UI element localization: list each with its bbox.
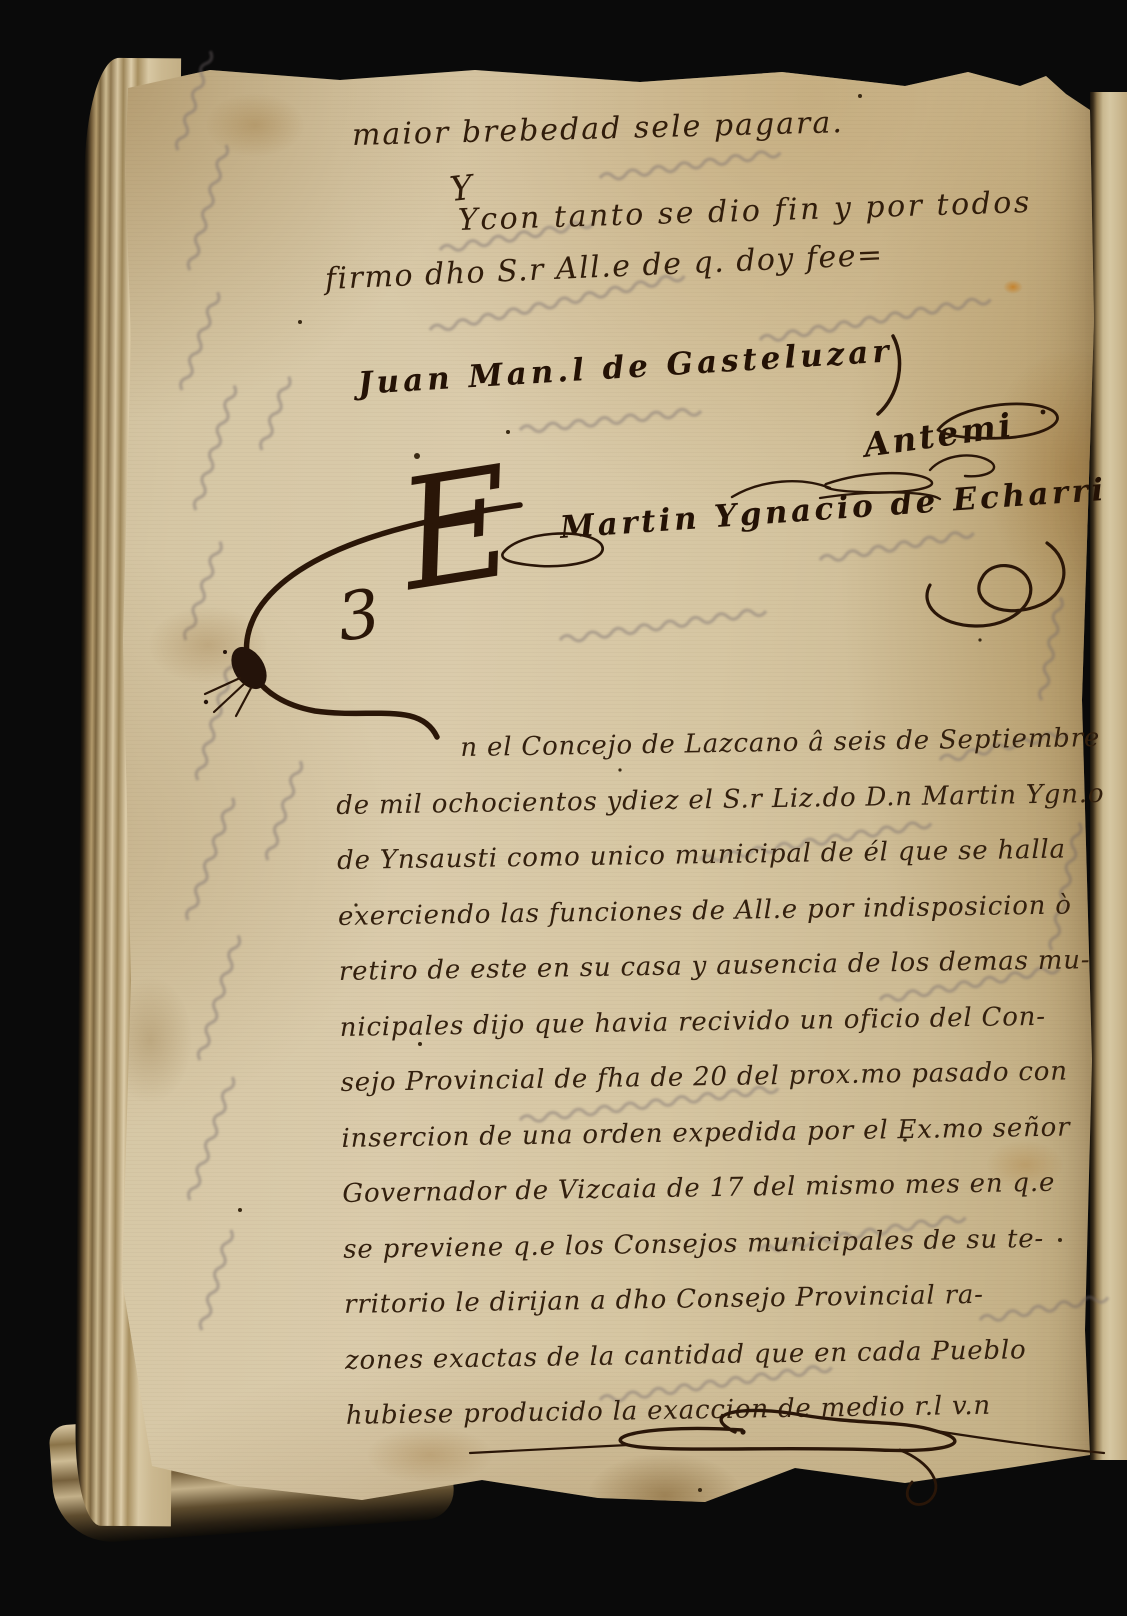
manuscript-photo: maior brebedad sele pagara. Y Ycon tanto… bbox=[0, 0, 1127, 1616]
body-paragraph: n el Concejo de Lazcano â seis de Septie… bbox=[335, 712, 1076, 1445]
body-line-13: hubiese producido la exaccion de medio r… bbox=[345, 1377, 1076, 1444]
drop-cap-e: E bbox=[390, 446, 523, 613]
facing-page-strip bbox=[1090, 92, 1127, 1460]
